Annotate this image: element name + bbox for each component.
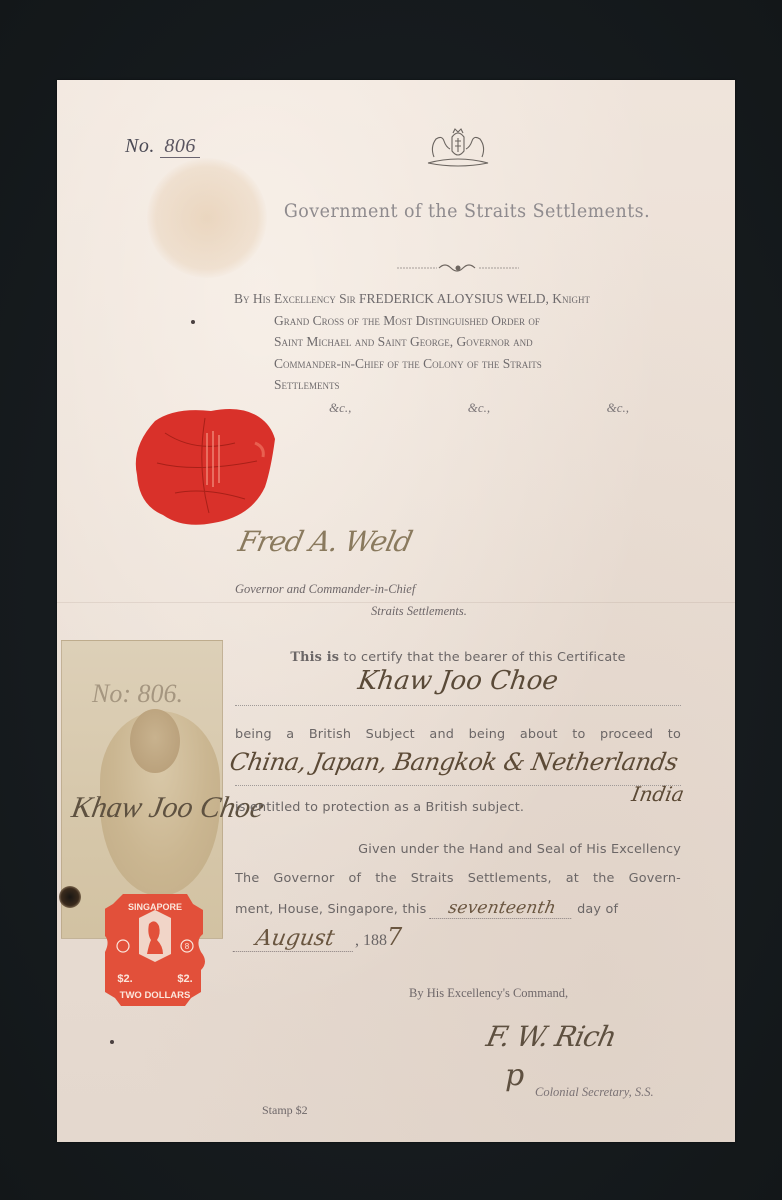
svg-text:SINGAPORE: SINGAPORE [128,902,182,912]
certify-text: to certify that the bearer of this Certi… [339,650,625,665]
coat-of-arms-icon [422,127,494,171]
preamble-line: Commander-in-Chief of the Colony of the … [234,353,682,375]
certificate-document: No. 806 Government of the Straits Settle… [57,80,735,1142]
etc: &c., [329,400,351,416]
secretary-title: Colonial Secretary, S.S. [535,1085,654,1100]
fold-line [57,602,735,603]
etc: &c., [607,400,629,416]
etc-row: &c., &c., &c., [329,400,629,416]
ink-speck [110,1040,114,1044]
certify-statement: This is to certify that the bearer of th… [235,650,681,665]
command-statement: By His Excellency's Command, [409,986,568,1001]
secretary-initial: p [505,1058,524,1093]
being-statement: being a British Subject and being about … [235,727,681,742]
certify-prefix: This is [290,650,339,665]
location-statement: ment, House, Singapore, this seventeenth… [235,898,681,919]
preamble: By His Excellency Sir FREDERICK ALOYSIUS… [234,288,682,396]
certificate-number-label: No. [125,135,155,157]
government-title: Government of the Straits Settlements. [274,200,660,222]
preamble-line: Saint Michael and Saint George, Governor… [234,331,682,353]
bearer-name-line [235,705,681,706]
day-field: seventeenth [429,898,575,919]
svg-text:TWO DOLLARS: TWO DOLLARS [120,990,191,1001]
photo-number: No: 806. [92,679,183,709]
secretary-signature: F. W. Rich [483,1020,618,1053]
certificate-number: No. 806 [125,135,200,158]
svg-text:$2.: $2. [117,973,132,985]
month-field: August [233,926,358,952]
svg-text:8: 8 [185,942,190,951]
certificate-number-value: 806 [160,135,200,158]
location-suffix: day of [577,902,618,917]
year-handwritten: 7 [387,923,402,951]
governor-caption: Governor and Commander-in-Chief [235,582,415,597]
stamp-duty: Stamp $2 [262,1103,308,1118]
ink-speck [191,320,195,324]
svg-text:$2.: $2. [177,973,192,985]
preamble-line: Settlements [234,374,682,396]
portrait-head [130,709,180,773]
wax-seal-icon [135,403,279,527]
ornament-divider-icon [397,262,519,274]
governor-caption-region: Straits Settlements. [371,604,467,619]
preamble-line: By His Excellency Sir FREDERICK ALOYSIUS… [234,288,682,310]
burn-hole [59,886,81,908]
destinations-line [235,785,681,786]
bearer-name: Khaw Joo Choe [233,666,683,696]
year-printed: , 188 [355,932,387,949]
governor-signature: Fred A. Weld [235,525,414,558]
location-prefix: ment, House, Singapore, this [235,902,427,917]
governor-statement: The Governor of the Straits Settlements,… [235,871,681,886]
entitled-statement: is entitled to protection as a British s… [235,800,681,815]
given-statement: Given under the Hand and Seal of His Exc… [235,842,681,857]
etc: &c., [468,400,490,416]
water-stain [147,158,267,278]
preamble-line: Grand Cross of the Most Distinguished Or… [234,310,682,332]
date-row: August, 1887 [235,923,402,952]
revenue-stamp-icon: SINGAPORE 8 $2. $2. TWO DOLLARS [105,890,205,1010]
destinations: China, Japan, Bangkok & Netherlands [228,748,733,776]
